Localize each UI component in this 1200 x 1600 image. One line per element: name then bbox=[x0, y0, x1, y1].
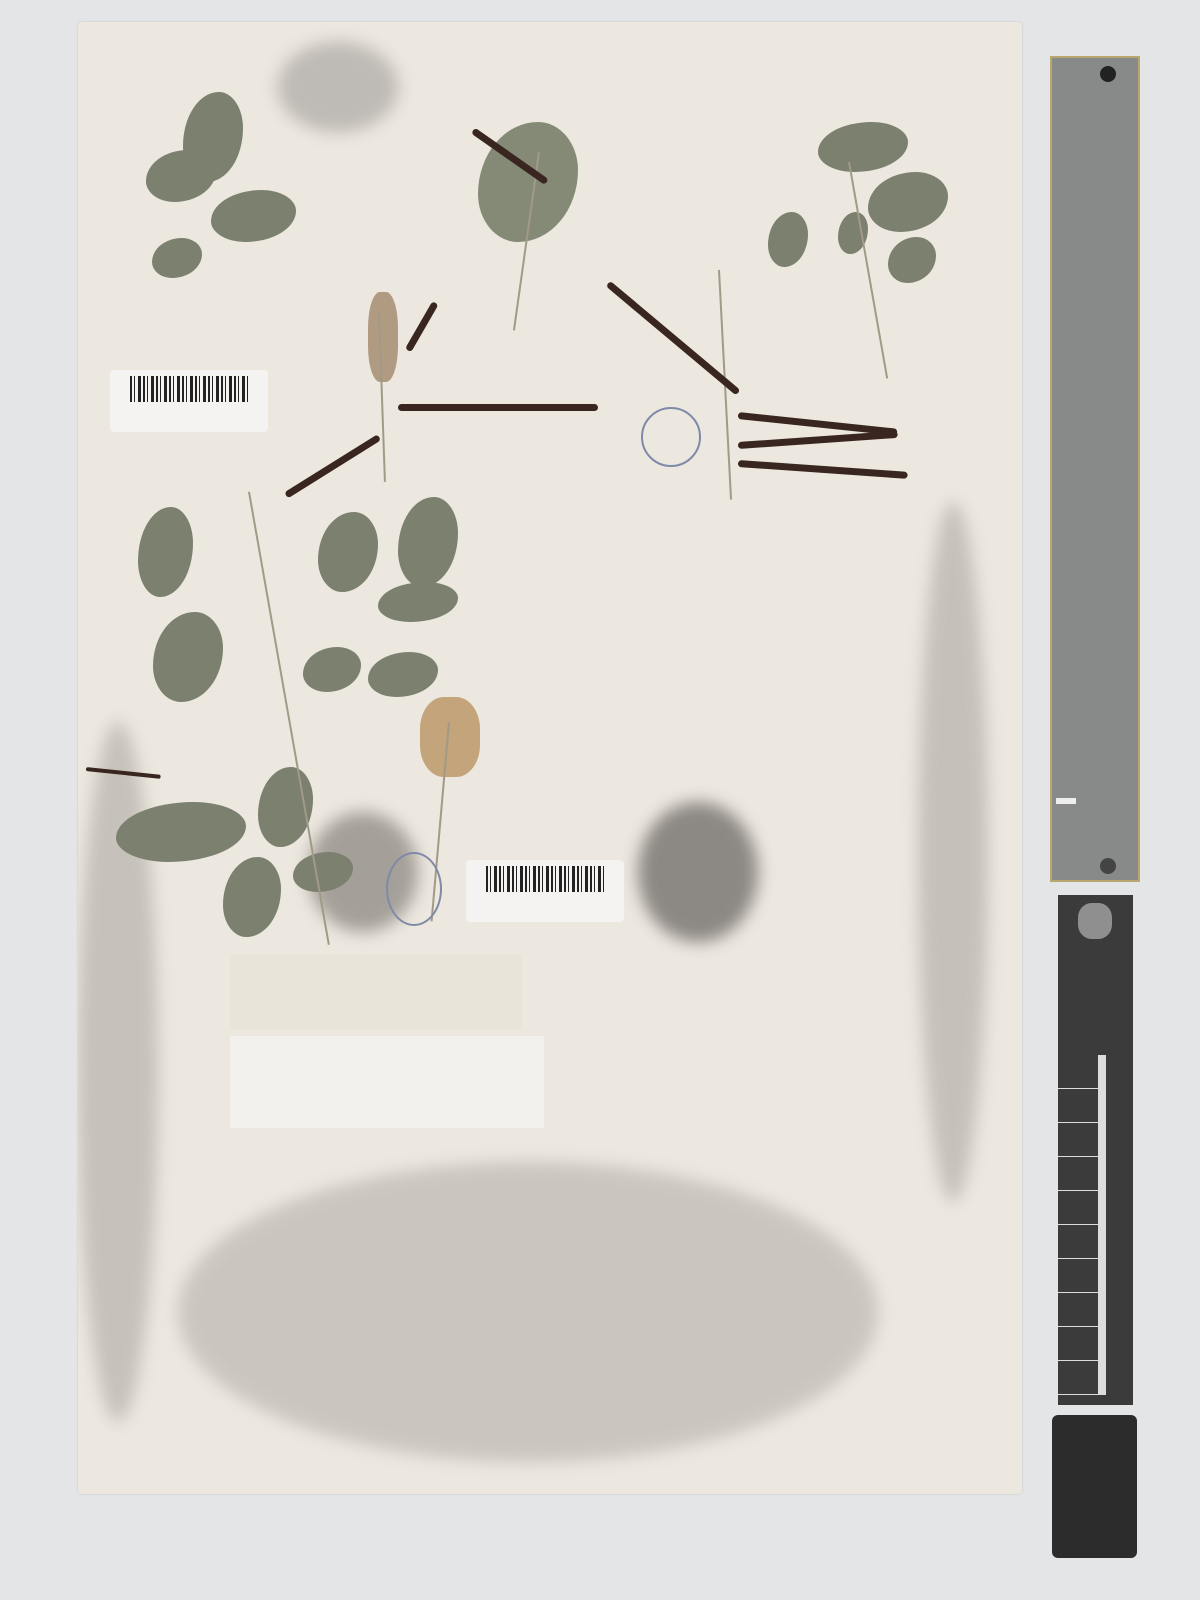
leaf bbox=[398, 497, 458, 587]
stain bbox=[278, 42, 398, 132]
leaf bbox=[138, 507, 193, 597]
leaf bbox=[318, 512, 378, 592]
hole-marker bbox=[1100, 66, 1116, 82]
chart-id bbox=[1056, 798, 1076, 804]
leaf bbox=[303, 647, 361, 692]
seed-pod bbox=[738, 431, 898, 449]
flower-cluster bbox=[368, 292, 398, 382]
cm-ruler bbox=[1058, 1055, 1106, 1395]
leaf bbox=[153, 612, 223, 702]
leaf bbox=[818, 122, 908, 172]
color-checker-chart bbox=[1052, 1415, 1137, 1558]
seed-pod bbox=[398, 404, 598, 411]
flower-cluster bbox=[420, 697, 480, 777]
barcode bbox=[130, 376, 248, 402]
barcode-label bbox=[110, 370, 268, 432]
stain bbox=[918, 502, 988, 1202]
leaf bbox=[183, 92, 243, 182]
seed-pod bbox=[405, 301, 439, 352]
determination-label bbox=[230, 1036, 544, 1128]
herbarium-sheet bbox=[78, 22, 1022, 1494]
stain bbox=[178, 1162, 878, 1462]
barcode-label bbox=[466, 860, 624, 922]
collector-label bbox=[230, 954, 522, 1030]
leaf bbox=[368, 652, 438, 697]
seed-pod bbox=[738, 460, 908, 479]
ruler-numbers bbox=[1108, 1055, 1130, 1395]
seed-pod bbox=[284, 434, 381, 498]
leaf bbox=[152, 238, 202, 278]
leaf bbox=[868, 172, 948, 232]
barcode bbox=[486, 866, 604, 892]
leaf bbox=[211, 190, 296, 242]
kew-scale-bar bbox=[1058, 895, 1133, 1405]
color-calibration-bar bbox=[1050, 56, 1140, 882]
crest-icon bbox=[1078, 903, 1112, 939]
leaf bbox=[888, 237, 936, 283]
hole-marker bbox=[1100, 858, 1116, 874]
stain-dark bbox=[638, 802, 758, 942]
herbarium-stamp bbox=[641, 407, 701, 467]
leaf bbox=[768, 212, 808, 267]
leaf bbox=[223, 857, 281, 937]
leaf bbox=[378, 582, 458, 622]
herbarium-stamp bbox=[386, 852, 442, 926]
